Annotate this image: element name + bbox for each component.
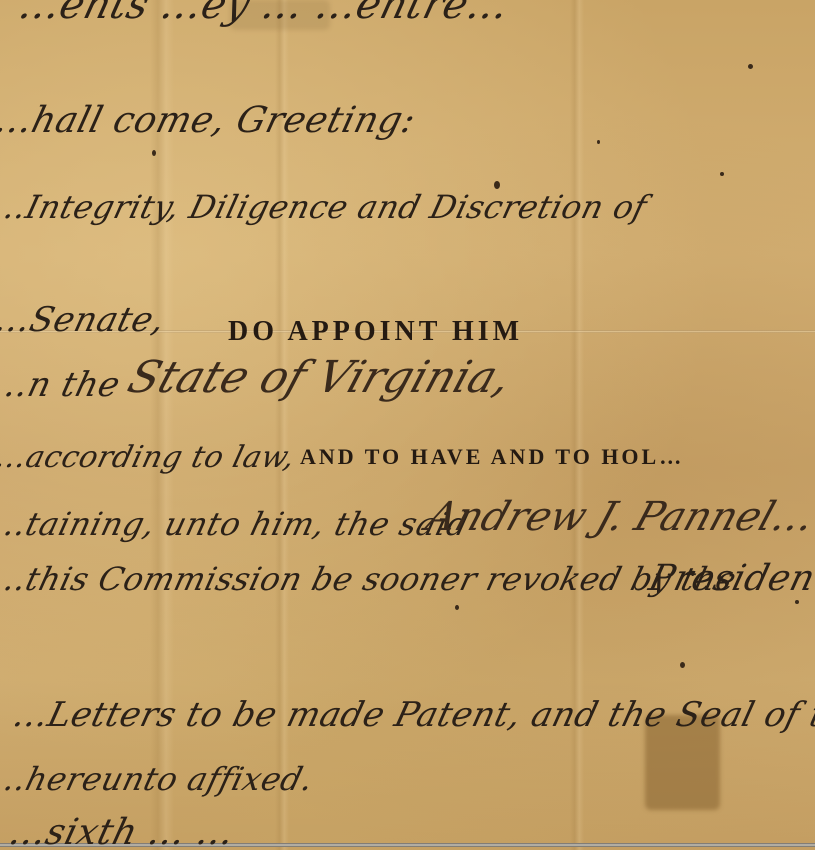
appointee-name: Andrew J. Pannel… (421, 494, 815, 540)
greeting-line: …hall come, Greeting: (0, 100, 420, 141)
state-name: State of Virginia, (122, 352, 518, 403)
bottom-fragment: …sixth … … (5, 812, 239, 850)
appoint-heading: DO APPOINT HIM (228, 316, 523, 348)
pertaining-line: …taining, unto him, the said (0, 505, 473, 543)
letters-patent-line: …Letters to be made Patent, and the Seal… (9, 695, 815, 735)
ink-speck (720, 172, 724, 176)
ink-speck (455, 605, 459, 610)
heading-fragment: …ents …ey … …entre… (14, 0, 514, 28)
ink-speck (795, 600, 799, 604)
senate-line: …Senate, (0, 300, 169, 340)
affixed-line: …hereunto affixed. (0, 760, 318, 798)
ink-speck (597, 140, 600, 144)
have-hold-heading: AND TO HAVE AND TO HOL… (300, 444, 684, 470)
ink-speck (680, 662, 685, 668)
ink-speck (748, 64, 753, 69)
ink-speck (152, 150, 156, 156)
president-word: Presiden… (645, 558, 815, 599)
integrity-line: …Integrity, Diligence and Discretion of (0, 188, 651, 226)
revoked-line: …this Commission be sooner revoked by th… (0, 560, 741, 598)
law-line: …according to law, (0, 440, 299, 475)
state-prefix: …n the (0, 365, 124, 405)
